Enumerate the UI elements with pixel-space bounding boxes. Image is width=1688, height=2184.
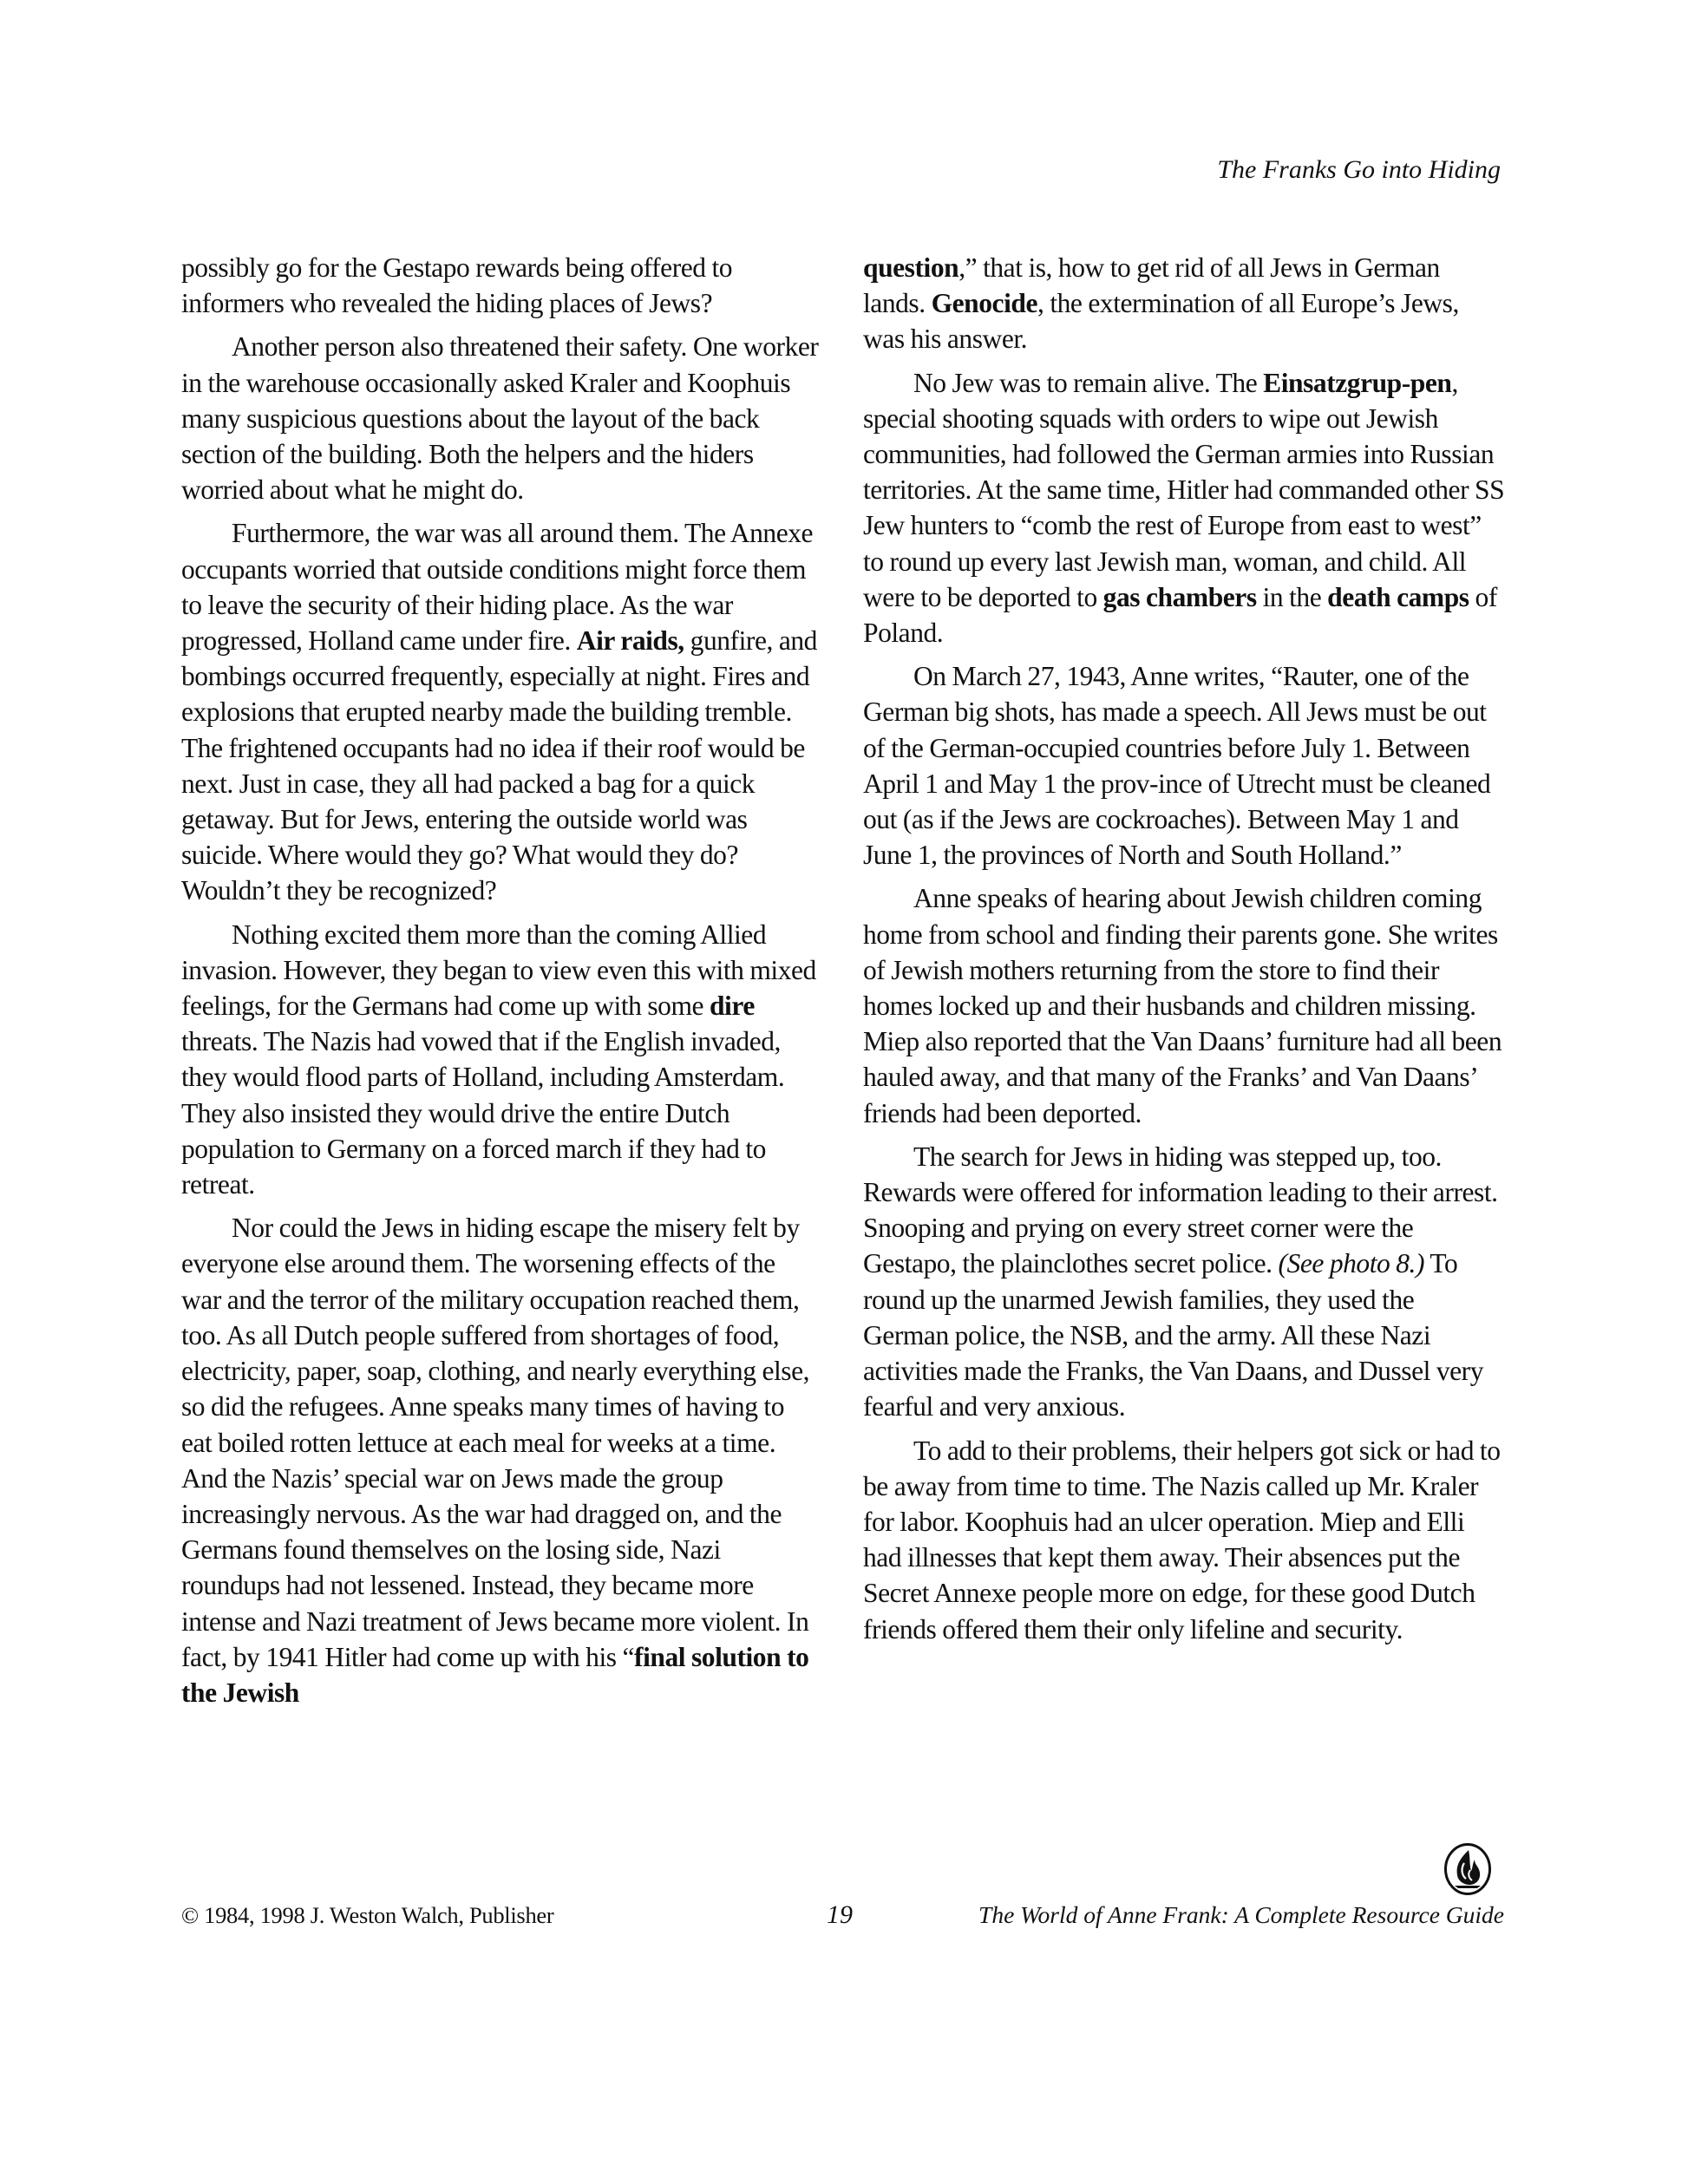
paragraph: On March 27, 1943, Anne writes, “Rauter,… [863, 658, 1505, 873]
paragraph: question,” that is, how to get rid of al… [863, 250, 1505, 357]
right-column: question,” that is, how to get rid of al… [863, 250, 1505, 1655]
text-segment: Nor could the Jews in hiding escape the … [181, 1213, 809, 1671]
left-column: possibly go for the Gestapo rewards bein… [181, 250, 819, 1718]
text-segment: , special shooting squads with orders to… [863, 368, 1504, 612]
bold-term: Einsatzgrup-pen [1263, 368, 1451, 398]
text-segment: No Jew was to remain alive. The [913, 368, 1263, 398]
text-segment: in the [1257, 582, 1328, 612]
page-number: 19 [827, 1901, 853, 1929]
text-segment: threats. The Nazis had vowed that if the… [181, 1026, 784, 1200]
italic-term: (See photo 8.) [1279, 1248, 1425, 1278]
paragraph: The search for Jews in hiding was steppe… [863, 1139, 1505, 1425]
text-segment: Another person also threatened their saf… [181, 331, 818, 505]
text-segment: possibly go for the Gestapo rewards bein… [181, 252, 732, 318]
text-segment: On March 27, 1943, Anne writes, “Rauter,… [863, 661, 1490, 870]
text-segment: gunfire, and bombings occurred frequentl… [181, 625, 817, 906]
paragraph: Anne speaks of hearing about Jewish chil… [863, 880, 1505, 1130]
bold-term: dire [710, 991, 755, 1021]
bold-term: Genocide [932, 288, 1037, 318]
copyright-notice: © 1984, 1998 J. Weston Walch, Publisher [181, 1901, 553, 1929]
paragraph: Furthermore, the war was all around them… [181, 515, 819, 908]
paragraph: Another person also threatened their saf… [181, 329, 819, 507]
flame-in-oval-icon [1443, 1842, 1492, 1896]
bold-term: Air raids, [577, 625, 684, 656]
paragraph: Nor could the Jews in hiding escape the … [181, 1210, 819, 1710]
text-segment: To add to their problems, their helpers … [863, 1435, 1501, 1645]
paragraph: To add to their problems, their helpers … [863, 1433, 1505, 1647]
text-segment: Anne speaks of hearing about Jewish chil… [863, 883, 1502, 1128]
paragraph: Nothing excited them more than the comin… [181, 917, 819, 1203]
bold-term: gas chambers [1103, 582, 1257, 612]
book-title: The World of Anne Frank: A Complete Reso… [978, 1901, 1504, 1929]
bold-term: death camps [1327, 582, 1469, 612]
running-head-title: The Franks Go into Hiding [1217, 154, 1501, 186]
bold-term: question [863, 252, 958, 283]
paragraph: possibly go for the Gestapo rewards bein… [181, 250, 819, 321]
paragraph: No Jew was to remain alive. The Einsatzg… [863, 365, 1505, 651]
